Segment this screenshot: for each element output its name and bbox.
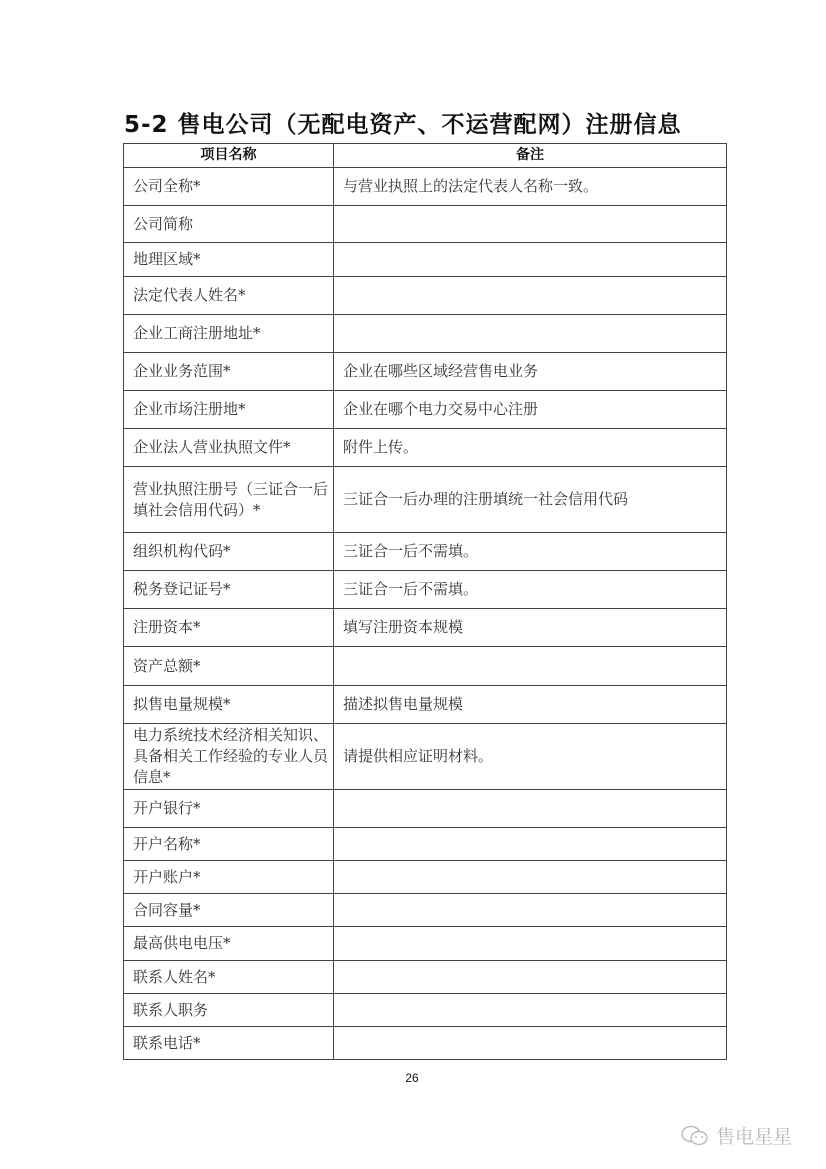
- table-row: 联系电话*: [124, 1027, 727, 1060]
- note-cell: 请提供相应证明材料。: [334, 724, 727, 790]
- item-name-cell: 企业市场注册地*: [124, 391, 334, 429]
- table-row: 注册资本*填写注册资本规模: [124, 609, 727, 647]
- item-name-cell: 企业法人营业执照文件*: [124, 429, 334, 467]
- note-cell: [334, 1027, 727, 1060]
- table-row: 开户账户*: [124, 861, 727, 894]
- item-name-cell: 法定代表人姓名*: [124, 277, 334, 315]
- note-cell: [334, 243, 727, 277]
- table-row: 开户名称*: [124, 828, 727, 861]
- item-name-cell: 开户账户*: [124, 861, 334, 894]
- page-number: 26: [0, 1071, 826, 1085]
- note-cell: [334, 828, 727, 861]
- table-row: 开户银行*: [124, 790, 727, 828]
- item-name-cell: 联系电话*: [124, 1027, 334, 1060]
- table-row: 电力系统技术经济相关知识、具备相关工作经验的专业人员信息*请提供相应证明材料。: [124, 724, 727, 790]
- note-cell: [334, 927, 727, 961]
- note-cell: 附件上传。: [334, 429, 727, 467]
- item-name-cell: 资产总额*: [124, 647, 334, 686]
- item-name-cell: 拟售电量规模*: [124, 686, 334, 724]
- item-name-cell: 最高供电电压*: [124, 927, 334, 961]
- table-row: 企业法人营业执照文件*附件上传。: [124, 429, 727, 467]
- note-cell: 企业在哪些区域经营售电业务: [334, 353, 727, 391]
- note-cell: 三证合一后不需填。: [334, 571, 727, 609]
- note-cell: 企业在哪个电力交易中心注册: [334, 391, 727, 429]
- item-name-cell: 公司全称*: [124, 168, 334, 206]
- note-cell: 描述拟售电量规模: [334, 686, 727, 724]
- note-cell: [334, 994, 727, 1027]
- note-cell: 与营业执照上的法定代表人名称一致。: [334, 168, 727, 206]
- note-cell: [334, 861, 727, 894]
- table-row: 资产总额*: [124, 647, 727, 686]
- table-row: 公司全称*与营业执照上的法定代表人名称一致。: [124, 168, 727, 206]
- item-name-cell: 联系人姓名*: [124, 961, 334, 994]
- watermark: 售电星星: [680, 1122, 792, 1149]
- registration-table: 项目名称 备注 公司全称*与营业执照上的法定代表人名称一致。公司简称地理区域*法…: [123, 143, 727, 1060]
- item-name-cell: 企业业务范围*: [124, 353, 334, 391]
- note-cell: [334, 790, 727, 828]
- table-row: 公司简称: [124, 206, 727, 243]
- note-cell: [334, 894, 727, 927]
- item-name-cell: 营业执照注册号（三证合一后填社会信用代码）*: [124, 467, 334, 533]
- table-row: 企业业务范围*企业在哪些区域经营售电业务: [124, 353, 727, 391]
- column-header-note: 备注: [334, 144, 727, 168]
- page-title: 5-2 售电公司（无配电资产、不运营配网）注册信息: [124, 106, 682, 139]
- note-cell: [334, 647, 727, 686]
- item-name-cell: 注册资本*: [124, 609, 334, 647]
- table-row: 联系人姓名*: [124, 961, 727, 994]
- item-name-cell: 公司简称: [124, 206, 334, 243]
- table-row: 地理区域*: [124, 243, 727, 277]
- table-header-row: 项目名称 备注: [124, 144, 727, 168]
- table-row: 企业市场注册地*企业在哪个电力交易中心注册: [124, 391, 727, 429]
- wechat-icon: [680, 1124, 710, 1148]
- item-name-cell: 地理区域*: [124, 243, 334, 277]
- item-name-cell: 联系人职务: [124, 994, 334, 1027]
- note-cell: [334, 277, 727, 315]
- watermark-text: 售电星星: [716, 1122, 792, 1149]
- item-name-cell: 企业工商注册地址*: [124, 315, 334, 353]
- note-cell: 填写注册资本规模: [334, 609, 727, 647]
- note-cell: [334, 315, 727, 353]
- table-row: 企业工商注册地址*: [124, 315, 727, 353]
- table-row: 最高供电电压*: [124, 927, 727, 961]
- table-row: 税务登记证号*三证合一后不需填。: [124, 571, 727, 609]
- note-cell: 三证合一后不需填。: [334, 533, 727, 571]
- table-row: 营业执照注册号（三证合一后填社会信用代码）*三证合一后办理的注册填统一社会信用代…: [124, 467, 727, 533]
- item-name-cell: 组织机构代码*: [124, 533, 334, 571]
- item-name-cell: 开户银行*: [124, 790, 334, 828]
- table-row: 法定代表人姓名*: [124, 277, 727, 315]
- table-row: 合同容量*: [124, 894, 727, 927]
- column-header-item-name: 项目名称: [124, 144, 334, 168]
- item-name-cell: 电力系统技术经济相关知识、具备相关工作经验的专业人员信息*: [124, 724, 334, 790]
- item-name-cell: 开户名称*: [124, 828, 334, 861]
- item-name-cell: 合同容量*: [124, 894, 334, 927]
- table-row: 联系人职务: [124, 994, 727, 1027]
- item-name-cell: 税务登记证号*: [124, 571, 334, 609]
- table-row: 拟售电量规模*描述拟售电量规模: [124, 686, 727, 724]
- table-row: 组织机构代码*三证合一后不需填。: [124, 533, 727, 571]
- note-cell: [334, 206, 727, 243]
- note-cell: 三证合一后办理的注册填统一社会信用代码: [334, 467, 727, 533]
- note-cell: [334, 961, 727, 994]
